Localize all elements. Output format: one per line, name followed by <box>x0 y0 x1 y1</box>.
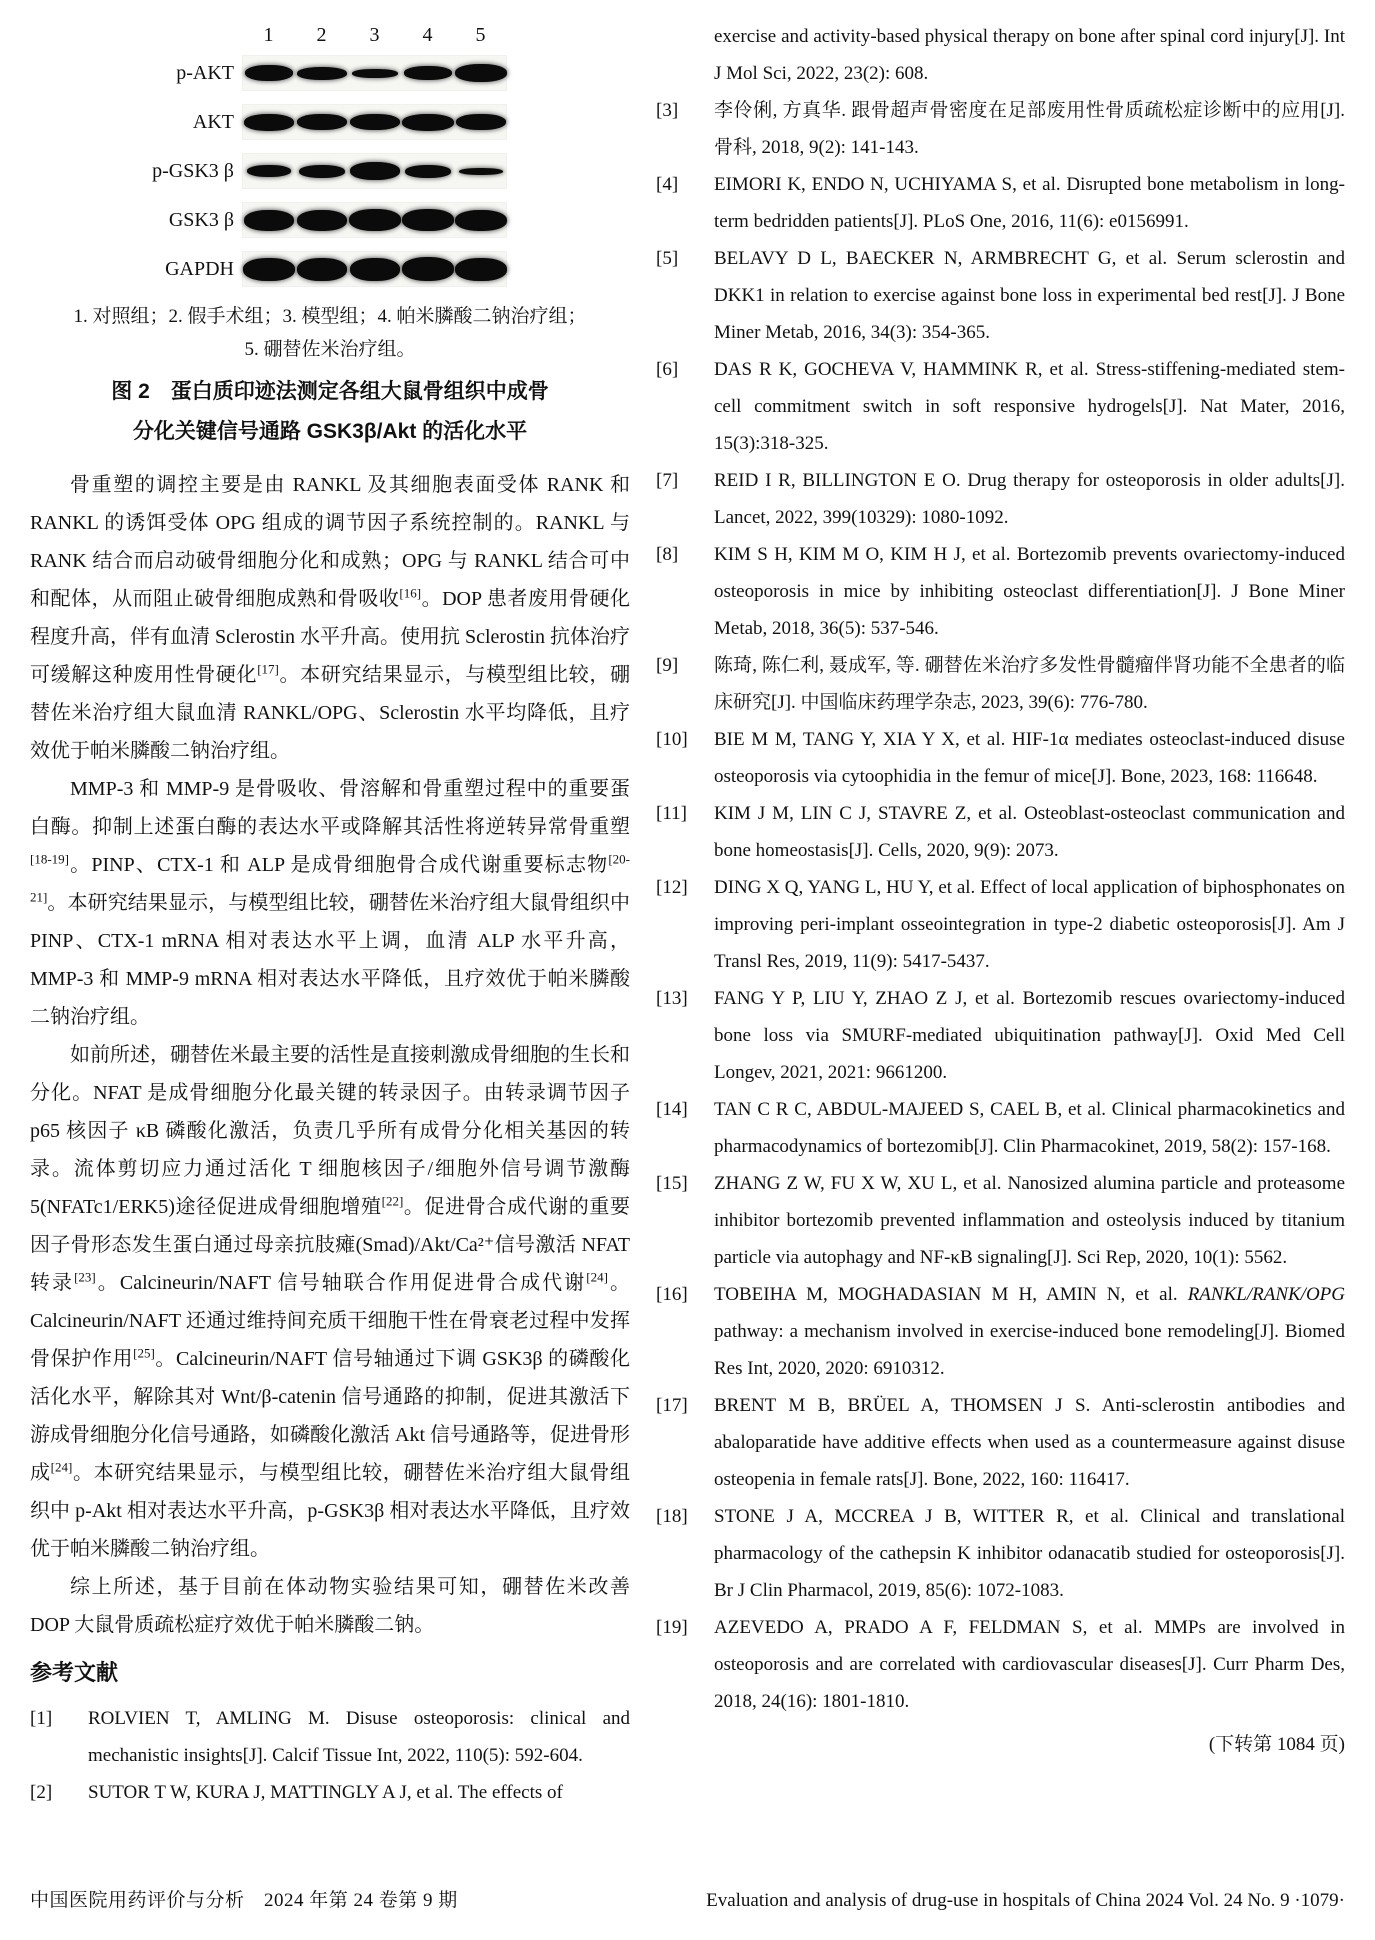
blot-lane-cell <box>348 153 401 189</box>
blot-lane-number: 5 <box>454 24 507 47</box>
blot-lane-cell <box>348 202 401 238</box>
reference-number: [3] <box>656 92 714 166</box>
blot-band <box>350 258 400 281</box>
reference-item: [6]DAS R K, GOCHEVA V, HAMMINK R, et al.… <box>656 351 1345 462</box>
blot-rows: p-AKTAKTp-GSK3 βGSK3 βGAPDH <box>142 55 630 287</box>
blot-lane-cell <box>242 104 295 140</box>
reference-text: DING X Q, YANG L, HU Y, et al. Effect of… <box>714 869 1345 980</box>
blot-lane-cell <box>401 104 454 140</box>
blot-band <box>350 162 400 180</box>
reference-number: [14] <box>656 1091 714 1165</box>
blot-band <box>297 67 347 80</box>
reference-item: [10]BIE M M, TANG Y, XIA Y X, et al. HIF… <box>656 721 1345 795</box>
reference-text: 陈琦, 陈仁利, 聂成军, 等. 硼替佐米治疗多发性骨髓瘤伴肾功能不全患者的临床… <box>714 647 1345 721</box>
reference-text: 李伶俐, 方真华. 跟骨超声骨密度在足部废用性骨质疏松症诊断中的应用[J]. 骨… <box>714 92 1345 166</box>
blot-lane-cell <box>295 55 348 91</box>
blot-band <box>245 65 293 81</box>
blot-lane-cell <box>242 55 295 91</box>
blot-lane-cell <box>348 251 401 287</box>
reference-text: BIE M M, TANG Y, XIA Y X, et al. HIF-1α … <box>714 721 1345 795</box>
body-paragraph: 综上所述，基于目前在体动物实验结果可知，硼替佐米改善 DOP 大鼠骨质疏松症疗效… <box>30 1568 630 1644</box>
reference-item: [9]陈琦, 陈仁利, 聂成军, 等. 硼替佐米治疗多发性骨髓瘤伴肾功能不全患者… <box>656 647 1345 721</box>
reference-number: [9] <box>656 647 714 721</box>
blot-strip <box>242 104 507 140</box>
reference-number: [16] <box>656 1276 714 1387</box>
reference-text: BELAVY D L, BAECKER N, ARMBRECHT G, et a… <box>714 240 1345 351</box>
reference-number: [10] <box>656 721 714 795</box>
reference-text: TAN C R C, ABDUL-MAJEED S, CAEL B, et al… <box>714 1091 1345 1165</box>
footer-journal-title-cn: 中国医院用药评价与分析 2024 年第 24 卷第 9 期 <box>30 1885 458 1912</box>
body-paragraph: MMP-3 和 MMP-9 是骨吸收、骨溶解和骨重塑过程中的重要蛋白酶。抑制上述… <box>30 770 630 1036</box>
blot-lane-number: 1 <box>242 24 295 47</box>
page-footer: 中国医院用药评价与分析 2024 年第 24 卷第 9 期 Evaluation… <box>30 1885 1345 1912</box>
reference-number: [6] <box>656 351 714 462</box>
reference-text: AZEVEDO A, PRADO A F, FELDMAN S, et al. … <box>714 1609 1345 1720</box>
blot-lane-number: 2 <box>295 24 348 47</box>
blot-lane-cell <box>295 153 348 189</box>
blot-row: GSK3 β <box>142 202 630 238</box>
reference-number: [15] <box>656 1165 714 1276</box>
footer-en-text: Evaluation and analysis of drug-use in h… <box>706 1890 1290 1911</box>
reference-text: FANG Y P, LIU Y, ZHAO Z J, et al. Bortez… <box>714 980 1345 1091</box>
blot-strip <box>242 251 507 287</box>
reference-text: KIM J M, LIN C J, STAVRE Z, et al. Osteo… <box>714 795 1345 869</box>
blot-row: p-GSK3 β <box>142 153 630 189</box>
blot-lane-cell <box>242 251 295 287</box>
journal-page: 12345 p-AKTAKTp-GSK3 βGSK3 βGAPDH 1. 对照组… <box>0 0 1375 1940</box>
figure-western-blot: 12345 p-AKTAKTp-GSK3 βGSK3 βGAPDH <box>142 24 630 287</box>
blot-lane-cell <box>242 153 295 189</box>
figure-legend: 1. 对照组；2. 假手术组；3. 模型组；4. 帕米膦酸二钠治疗组；5. 硼替… <box>30 300 630 366</box>
footer-page-number: ·1079· <box>1294 1890 1345 1911</box>
figure-title-line: 图 2 蛋白质印迹法测定各组大鼠骨组织中成骨 <box>30 372 630 412</box>
blot-strip <box>242 202 507 238</box>
blot-band <box>247 165 291 177</box>
blot-lane-cell <box>454 104 507 140</box>
reference-item: [17]BRENT M B, BRÜEL A, THOMSEN J S. Ant… <box>656 1387 1345 1498</box>
reference-number: [4] <box>656 166 714 240</box>
reference-number: [2] <box>30 1774 88 1811</box>
blot-lane-cell <box>295 202 348 238</box>
reference-item: [19]AZEVEDO A, PRADO A F, FELDMAN S, et … <box>656 1609 1345 1720</box>
blot-lane-cell <box>295 251 348 287</box>
continuation-note: (下转第 1084 页) <box>656 1726 1345 1763</box>
blot-lane-cell <box>454 55 507 91</box>
reference-number: [7] <box>656 462 714 536</box>
blot-row: AKT <box>142 104 630 140</box>
reference-item: [8]KIM S H, KIM M O, KIM H J, et al. Bor… <box>656 536 1345 647</box>
reference-item: [5]BELAVY D L, BAECKER N, ARMBRECHT G, e… <box>656 240 1345 351</box>
reference-item: [1]ROLVIEN T, AMLING M. Disuse osteoporo… <box>30 1700 630 1774</box>
blot-band <box>349 209 401 231</box>
blot-lane-cell <box>401 153 454 189</box>
blot-lane-cell <box>401 202 454 238</box>
blot-band <box>244 114 294 131</box>
blot-strip <box>242 153 507 189</box>
blot-lane-cell <box>454 202 507 238</box>
figure-legend-line: 5. 硼替佐米治疗组。 <box>30 333 630 366</box>
reference-item: [18]STONE J A, MCCREA J B, WITTER R, et … <box>656 1498 1345 1609</box>
blot-band <box>350 114 400 130</box>
reference-number: [19] <box>656 1609 714 1720</box>
blot-band <box>404 66 452 80</box>
blot-band <box>459 168 503 175</box>
blot-lane-cell <box>454 251 507 287</box>
references-list-left: [1]ROLVIEN T, AMLING M. Disuse osteoporo… <box>30 1700 630 1811</box>
reference-text: DAS R K, GOCHEVA V, HAMMINK R, et al. St… <box>714 351 1345 462</box>
reference-item: [16]TOBEIHA M, MOGHADASIAN M H, AMIN N, … <box>656 1276 1345 1387</box>
reference-text: TOBEIHA M, MOGHADASIAN M H, AMIN N, et a… <box>714 1276 1345 1387</box>
reference-continuation: exercise and activity-based physical the… <box>656 18 1345 92</box>
blot-band <box>402 114 454 131</box>
reference-item: [11]KIM J M, LIN C J, STAVRE Z, et al. O… <box>656 795 1345 869</box>
blot-row: p-AKT <box>142 55 630 91</box>
blot-row-label: GAPDH <box>142 258 242 281</box>
reference-number: [5] <box>656 240 714 351</box>
blot-lane-cell <box>401 55 454 91</box>
blot-row: GAPDH <box>142 251 630 287</box>
reference-item: [14]TAN C R C, ABDUL-MAJEED S, CAEL B, e… <box>656 1091 1345 1165</box>
figure-title: 图 2 蛋白质印迹法测定各组大鼠骨组织中成骨分化关键信号通路 GSK3β/Akt… <box>30 372 630 452</box>
blot-band <box>402 209 454 231</box>
blot-lane-cell <box>454 153 507 189</box>
right-column: exercise and activity-based physical the… <box>656 18 1345 1811</box>
reference-number: [18] <box>656 1498 714 1609</box>
blot-band <box>455 258 507 281</box>
blot-lane-number: 3 <box>348 24 401 47</box>
reference-number <box>656 18 714 92</box>
reference-text: EIMORI K, ENDO N, UCHIYAMA S, et al. Dis… <box>714 166 1345 240</box>
reference-item: [2]SUTOR T W, KURA J, MATTINGLY A J, et … <box>30 1774 630 1811</box>
blot-band <box>455 64 507 82</box>
blot-band <box>456 114 506 130</box>
figure-title-line: 分化关键信号通路 GSK3β/Akt 的活化水平 <box>30 412 630 452</box>
reference-number: [8] <box>656 536 714 647</box>
reference-text: KIM S H, KIM M O, KIM H J, et al. Bortez… <box>714 536 1345 647</box>
reference-text: STONE J A, MCCREA J B, WITTER R, et al. … <box>714 1498 1345 1609</box>
reference-number: [12] <box>656 869 714 980</box>
reference-number: [13] <box>656 980 714 1091</box>
two-column-layout: 12345 p-AKTAKTp-GSK3 βGSK3 βGAPDH 1. 对照组… <box>30 18 1345 1811</box>
blot-band <box>243 258 295 281</box>
body-paragraphs: 骨重塑的调控主要是由 RANKL 及其细胞表面受体 RANK 和 RANKL 的… <box>30 466 630 1644</box>
blot-row-label: p-GSK3 β <box>142 160 242 183</box>
blot-band <box>244 210 294 231</box>
reference-number: [1] <box>30 1700 88 1774</box>
reference-text: BRENT M B, BRÜEL A, THOMSEN J S. Anti-sc… <box>714 1387 1345 1498</box>
references-list-right: exercise and activity-based physical the… <box>656 18 1345 1720</box>
blot-lane-cell <box>242 202 295 238</box>
figure-legend-line: 1. 对照组；2. 假手术组；3. 模型组；4. 帕米膦酸二钠治疗组； <box>30 300 630 333</box>
blot-band <box>297 114 347 130</box>
blot-row-label: AKT <box>142 111 242 134</box>
blot-lane-numbers: 12345 <box>142 24 630 47</box>
reference-item: [12]DING X Q, YANG L, HU Y, et al. Effec… <box>656 869 1345 980</box>
blot-row-label: GSK3 β <box>142 209 242 232</box>
left-column: 12345 p-AKTAKTp-GSK3 βGSK3 βGAPDH 1. 对照组… <box>30 18 630 1811</box>
reference-item: [15]ZHANG Z W, FU X W, XU L, et al. Nano… <box>656 1165 1345 1276</box>
reference-text: exercise and activity-based physical the… <box>714 18 1345 92</box>
blot-band <box>405 165 451 178</box>
references-heading: 参考文献 <box>30 1648 630 1698</box>
reference-item: [4]EIMORI K, ENDO N, UCHIYAMA S, et al. … <box>656 166 1345 240</box>
blot-lane-number: 4 <box>401 24 454 47</box>
blot-lane-cell <box>348 55 401 91</box>
blot-lane-cell <box>295 104 348 140</box>
reference-number: [11] <box>656 795 714 869</box>
blot-band <box>352 69 398 78</box>
body-paragraph: 如前所述，硼替佐米最主要的活性是直接刺激成骨细胞的生长和分化。NFAT 是成骨细… <box>30 1036 630 1568</box>
reference-item: [7]REID I R, BILLINGTON E O. Drug therap… <box>656 462 1345 536</box>
reference-text: ROLVIEN T, AMLING M. Disuse osteoporosis… <box>88 1700 630 1774</box>
blot-band <box>297 258 347 281</box>
blot-band <box>299 165 345 178</box>
reference-text: REID I R, BILLINGTON E O. Drug therapy f… <box>714 462 1345 536</box>
blot-lane-cell <box>401 251 454 287</box>
blot-strip <box>242 55 507 91</box>
blot-band <box>455 210 507 231</box>
body-paragraph: 骨重塑的调控主要是由 RANKL 及其细胞表面受体 RANK 和 RANKL 的… <box>30 466 630 770</box>
blot-row-label: p-AKT <box>142 62 242 85</box>
reference-text: ZHANG Z W, FU X W, XU L, et al. Nanosize… <box>714 1165 1345 1276</box>
footer-journal-title-en: Evaluation and analysis of drug-use in h… <box>706 1890 1345 1912</box>
reference-item: [3]李伶俐, 方真华. 跟骨超声骨密度在足部废用性骨质疏松症诊断中的应用[J]… <box>656 92 1345 166</box>
reference-number: [17] <box>656 1387 714 1498</box>
reference-item: [13]FANG Y P, LIU Y, ZHAO Z J, et al. Bo… <box>656 980 1345 1091</box>
blot-band <box>402 257 454 281</box>
blot-lane-cell <box>348 104 401 140</box>
blot-band <box>297 210 347 231</box>
reference-text: SUTOR T W, KURA J, MATTINGLY A J, et al.… <box>88 1774 630 1811</box>
